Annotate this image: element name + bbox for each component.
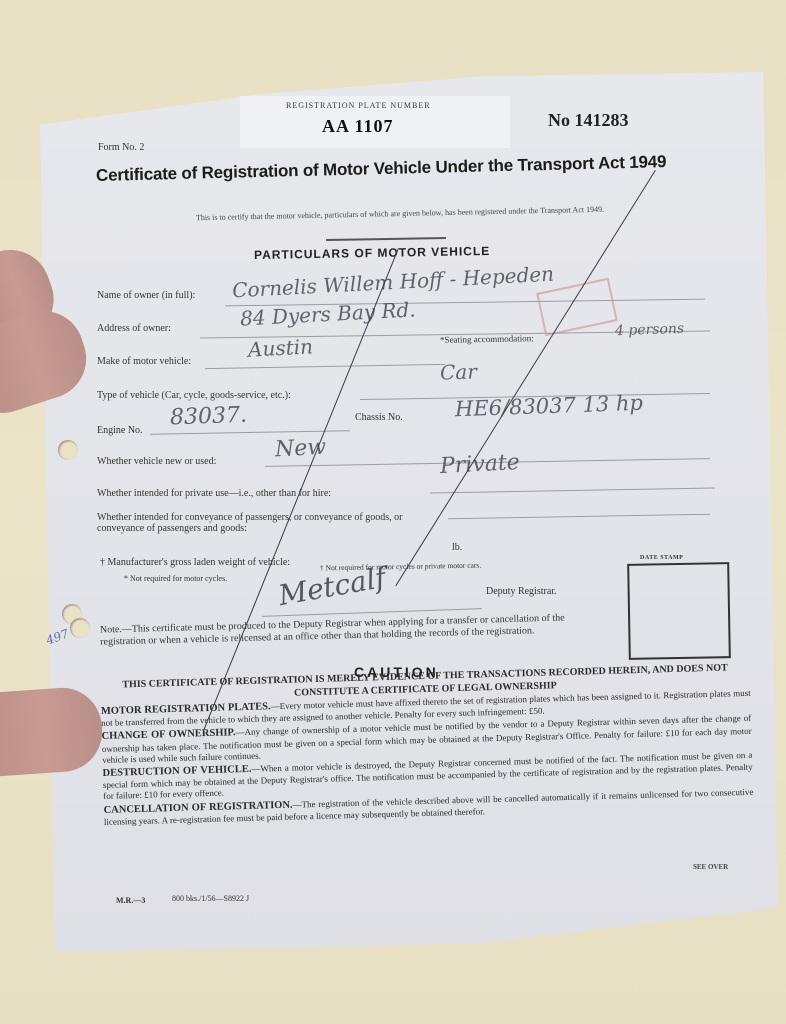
form-code: M.R.—3 [116, 896, 145, 905]
footnote-not-required-cycles: * Not required for motor cycles. [124, 574, 227, 583]
field-value-type: Car [440, 359, 478, 384]
field-label-conveyance: Whether intended for conveyance of passe… [97, 512, 442, 534]
see-over-label: SEE OVER [693, 863, 728, 871]
field-label-make: Make of motor vehicle: [97, 356, 191, 367]
print-run: 800 bks./1/56—S8922 J [172, 894, 249, 903]
field-label-owner-name: Name of owner (in full): [97, 290, 195, 301]
certificate-number: No 141283 [548, 110, 629, 131]
field-label-gross-weight: † Manufacturer's gross laden weight of v… [100, 557, 290, 568]
field-label-chassis: Chassis No. [355, 412, 403, 423]
deputy-registrar-label: Deputy Registrar. [486, 586, 557, 597]
field-value-private-use: Private [439, 450, 520, 479]
plate-label: REGISTRATION PLATE NUMBER [286, 101, 431, 110]
field-value-make: Austin [247, 334, 313, 361]
date-stamp-label: DATE STAMP [640, 555, 683, 561]
punch-hole [58, 440, 78, 460]
field-label-type: Type of vehicle (Car, cycle, goods-servi… [97, 390, 291, 401]
field-value-engine: 83037. [170, 403, 248, 431]
plate-number: AA 1107 [322, 116, 394, 137]
weight-unit: lb. [452, 542, 462, 553]
punch-hole [70, 618, 90, 638]
field-label-new-or-used: Whether vehicle new or used: [97, 456, 216, 467]
caution-body: THIS CERTIFICATE OF REGISTRATION IS MERE… [100, 662, 754, 829]
field-value-seating: 4 persons [615, 321, 685, 339]
field-label-conveyance-text: Whether intended for conveyance of passe… [97, 512, 402, 534]
form-number: Form No. 2 [98, 142, 144, 153]
date-stamp-box [627, 562, 731, 660]
field-label-address: Address of owner: [97, 323, 171, 334]
field-value-new-or-used: New [274, 435, 326, 463]
field-label-engine: Engine No. [97, 425, 143, 436]
field-label-seating: *Seating accommodation: [440, 333, 534, 345]
